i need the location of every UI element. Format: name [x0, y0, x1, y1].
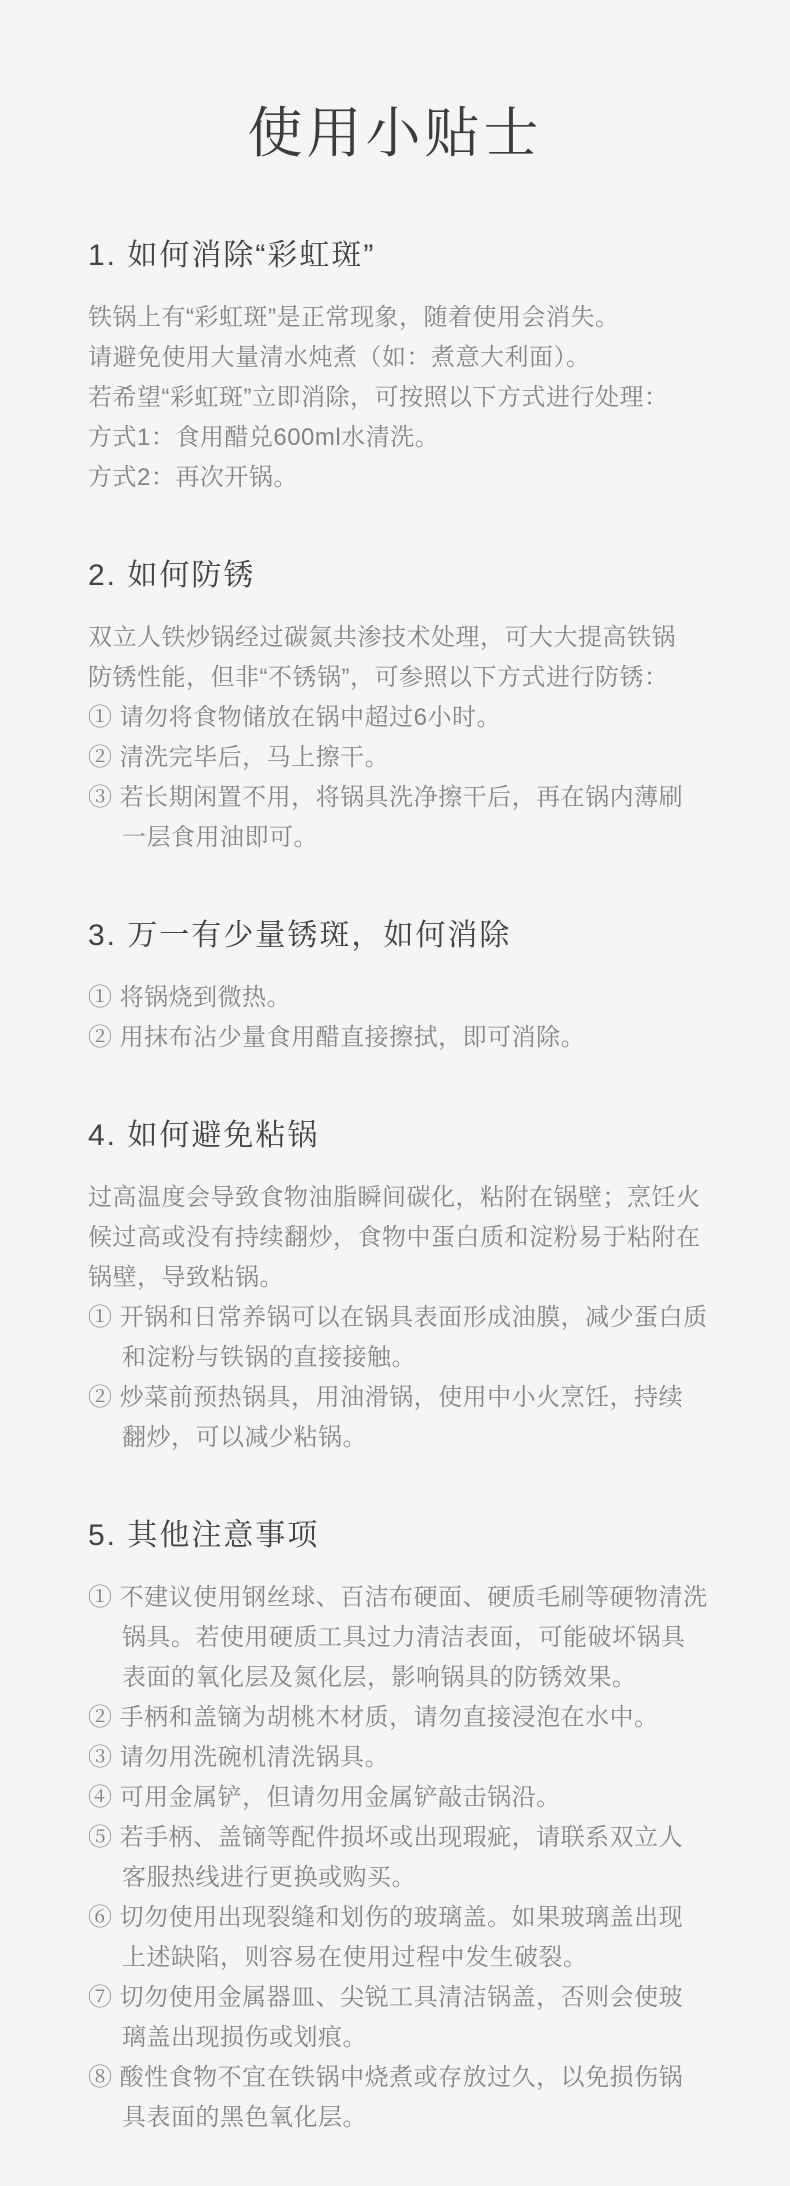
section-heading: 4. 如何避免粘锅	[88, 1120, 750, 1152]
text-line: 过高温度会导致食物油脂瞬间碳化，粘附在锅壁；烹饪火	[88, 1178, 750, 1218]
text-line: 双立人铁炒锅经过碳氮共渗技术处理，可大大提高铁锅	[88, 618, 750, 658]
numbered-item-line: ⑥ 切勿使用出现裂缝和划伤的玻璃盖。如果玻璃盖出现	[88, 1898, 750, 1938]
numbered-item-continuation: 翻炒，可以减少粘锅。	[88, 1418, 750, 1458]
text-line: 铁锅上有“彩虹斑”是正常现象，随着使用会消失。	[88, 298, 750, 338]
numbered-item-line: ⑤ 若手柄、盖镝等配件损坏或出现瑕疵，请联系双立人	[88, 1818, 750, 1858]
numbered-item-continuation: 具表面的黑色氧化层。	[88, 2098, 750, 2138]
numbered-item-line: ① 将锅烧到微热。	[88, 978, 750, 1018]
numbered-item-line: ③ 若长期闲置不用，将锅具洗净擦干后，再在锅内薄刷	[88, 778, 750, 818]
text-line: 若希望“彩虹斑”立即消除，可按照以下方式进行处理：	[88, 378, 750, 418]
page-title: 使用小贴士	[0, 0, 790, 164]
numbered-item-line: ② 炒菜前预热锅具，用油滑锅，使用中小火烹饪，持续	[88, 1378, 750, 1418]
section-heading: 3. 万一有少量锈斑，如何消除	[88, 920, 750, 952]
numbered-item-line: ⑦ 切勿使用金属器皿、尖锐工具清洁锅盖，否则会使玻	[88, 1978, 750, 2018]
text-line: 候过高或没有持续翻炒，食物中蛋白质和淀粉易于粘附在	[88, 1218, 750, 1258]
text-line: 请避免使用大量清水炖煮（如：煮意大利面）。	[88, 338, 750, 378]
numbered-item-continuation: 表面的氧化层及氮化层，影响锅具的防锈效果。	[88, 1658, 750, 1698]
text-line: 锅壁，导致粘锅。	[88, 1258, 750, 1298]
section-body: ① 将锅烧到微热。 ② 用抹布沾少量食用醋直接擦拭，即可消除。	[88, 978, 750, 1058]
numbered-item-line: ② 清洗完毕后，马上擦干。	[88, 738, 750, 778]
numbered-item-continuation: 一层食用油即可。	[88, 818, 750, 858]
section-remove-rust-spots: 3. 万一有少量锈斑，如何消除 ① 将锅烧到微热。 ② 用抹布沾少量食用醋直接擦…	[88, 920, 750, 1058]
numbered-item-line: ① 开锅和日常养锅可以在锅具表面形成油膜，减少蛋白质	[88, 1298, 750, 1338]
section-heading: 2. 如何防锈	[88, 560, 750, 592]
numbered-item-continuation: 和淀粉与铁锅的直接接触。	[88, 1338, 750, 1378]
text-line: 方式2：再次开锅。	[88, 458, 750, 498]
numbered-item-continuation: 客服热线进行更换或购买。	[88, 1858, 750, 1898]
section-body: 过高温度会导致食物油脂瞬间碳化，粘附在锅壁；烹饪火 候过高或没有持续翻炒，食物中…	[88, 1178, 750, 1458]
section-body: ① 不建议使用钢丝球、百洁布硬面、硬质毛刷等硬物清洗 锅具。若使用硬质工具过力清…	[88, 1578, 750, 2138]
section-avoid-sticking: 4. 如何避免粘锅 过高温度会导致食物油脂瞬间碳化，粘附在锅壁；烹饪火 候过高或…	[88, 1120, 750, 1458]
text-line: 防锈性能，但非“不锈锅”，可参照以下方式进行防锈：	[88, 658, 750, 698]
section-other-notes: 5. 其他注意事项 ① 不建议使用钢丝球、百洁布硬面、硬质毛刷等硬物清洗 锅具。…	[88, 1520, 750, 2138]
usage-tips-page: 使用小贴士 1. 如何消除“彩虹斑” 铁锅上有“彩虹斑”是正常现象，随着使用会消…	[0, 0, 790, 2186]
section-body: 铁锅上有“彩虹斑”是正常现象，随着使用会消失。 请避免使用大量清水炖煮（如：煮意…	[88, 298, 750, 498]
numbered-item-line: ① 请勿将食物储放在锅中超过6小时。	[88, 698, 750, 738]
tips-content: 1. 如何消除“彩虹斑” 铁锅上有“彩虹斑”是正常现象，随着使用会消失。 请避免…	[0, 240, 790, 2138]
numbered-item-continuation: 锅具。若使用硬质工具过力清洁表面，可能破坏锅具	[88, 1618, 750, 1658]
section-heading: 1. 如何消除“彩虹斑”	[88, 240, 750, 272]
section-remove-rainbow-spots: 1. 如何消除“彩虹斑” 铁锅上有“彩虹斑”是正常现象，随着使用会消失。 请避免…	[88, 240, 750, 498]
section-heading: 5. 其他注意事项	[88, 1520, 750, 1552]
numbered-item-line: ④ 可用金属铲，但请勿用金属铲敲击锅沿。	[88, 1778, 750, 1818]
numbered-item-line: ① 不建议使用钢丝球、百洁布硬面、硬质毛刷等硬物清洗	[88, 1578, 750, 1618]
section-rust-prevention: 2. 如何防锈 双立人铁炒锅经过碳氮共渗技术处理，可大大提高铁锅 防锈性能，但非…	[88, 560, 750, 858]
section-body: 双立人铁炒锅经过碳氮共渗技术处理，可大大提高铁锅 防锈性能，但非“不锈锅”，可参…	[88, 618, 750, 858]
numbered-item-line: ② 用抹布沾少量食用醋直接擦拭，即可消除。	[88, 1018, 750, 1058]
numbered-item-continuation: 璃盖出现损伤或划痕。	[88, 2018, 750, 2058]
text-line: 方式1：食用醋兑600ml水清洗。	[88, 418, 750, 458]
numbered-item-continuation: 上述缺陷，则容易在使用过程中发生破裂。	[88, 1938, 750, 1978]
numbered-item-line: ② 手柄和盖镝为胡桃木材质，请勿直接浸泡在水中。	[88, 1698, 750, 1738]
numbered-item-line: ③ 请勿用洗碗机清洗锅具。	[88, 1738, 750, 1778]
numbered-item-line: ⑧ 酸性食物不宜在铁锅中烧煮或存放过久，以免损伤锅	[88, 2058, 750, 2098]
